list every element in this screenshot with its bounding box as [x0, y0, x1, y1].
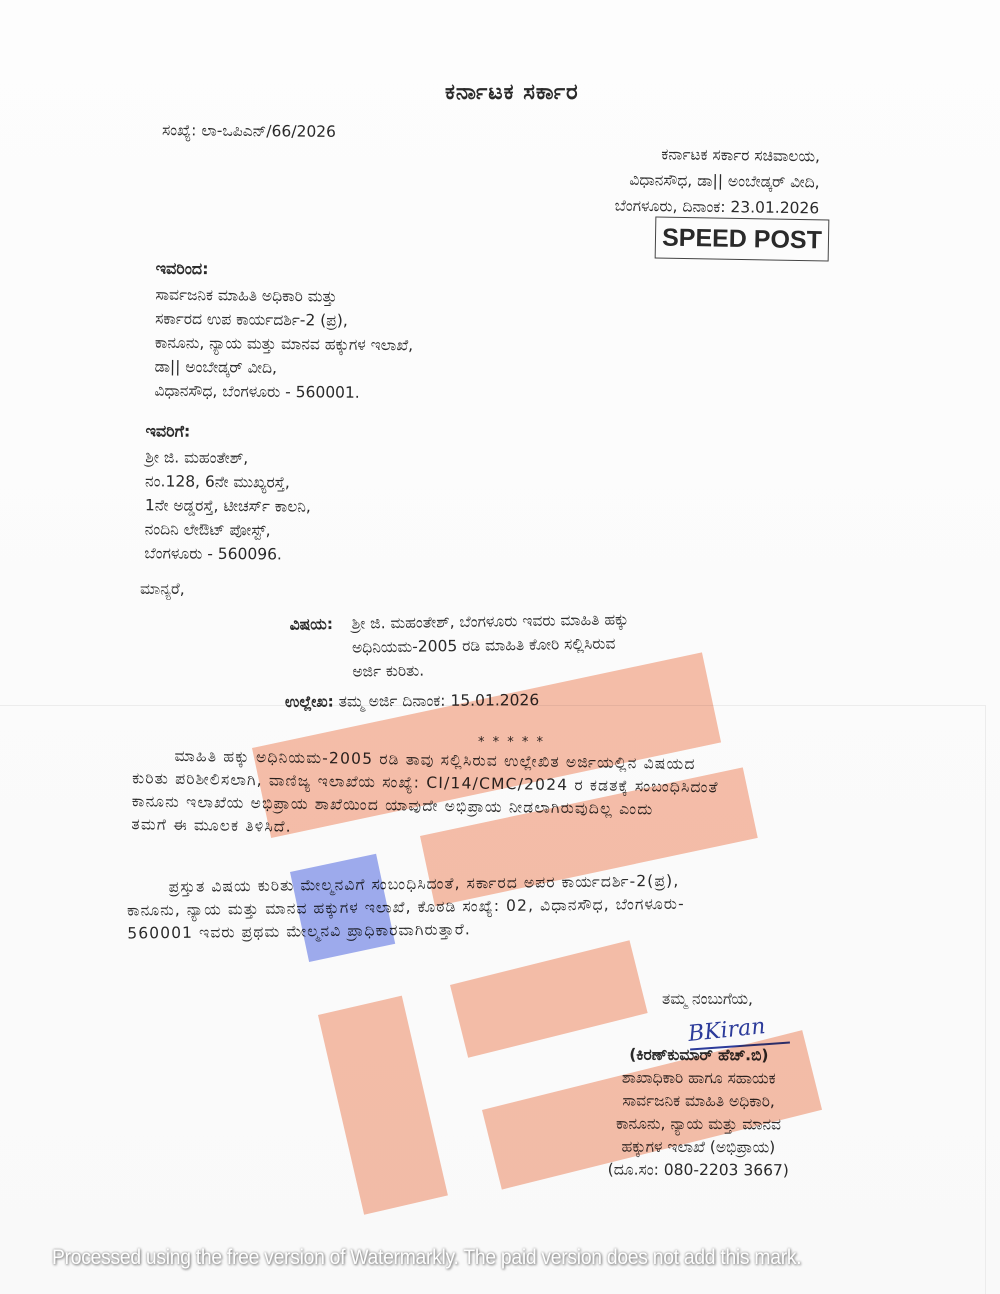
recipient-label: ಇವರಿಗೆ:: [145, 419, 311, 444]
reference-label: ಉಲ್ಲೇಖ:: [285, 693, 334, 711]
recipient-line: ಬೆಂಗಳೂರು - 560096.: [144, 541, 310, 566]
sender-line: ಕಾನೂನು, ನ್ಯಾಯ ಮತ್ತು ಮಾನವ ಹಕ್ಕುಗಳ ಇಲಾಖೆ,: [155, 331, 413, 358]
recipient-line: 1ನೇ ಅಡ್ಡರಸ್ತೆ, ಟೀಚರ್ಸ್ ಕಾಲನಿ,: [145, 493, 311, 518]
government-header: ಕರ್ನಾಟಕ ಸರ್ಕಾರ: [445, 82, 579, 104]
subject-block: ವಿಷಯ:ಶ್ರೀ ಜಿ. ಮಹಂತೇಶ್, ಬೆಂಗಳೂರು ಇವರು ಮಾಹ…: [289, 607, 629, 684]
paper-edge-line: [985, 705, 986, 1294]
sender-label: ಇವರಿಂದ:: [156, 257, 414, 284]
overlay-vertical-bar: [318, 996, 448, 1215]
recipient-line: ನಂ.128, 6ನೇ ಮುಖ್ಯರಸ್ತೆ,: [145, 469, 311, 494]
sender-block: ಇವರಿಂದ: ಸಾರ್ವಜನಿಕ ಮಾಹಿತಿ ಅಧಿಕಾರಿ ಮತ್ತು ಸ…: [154, 257, 414, 406]
overlay-bar-lower: [450, 940, 648, 1058]
letter-page: ಕರ್ನಾಟಕ ಸರ್ಕಾರ ಸಂಖ್ಯೆ: ಲಾ-ಒಪಿಎನ್/66/2026…: [0, 0, 1000, 1294]
signatory-line: (ದೂ.ಸಂ: 080-2203 3667): [608, 1159, 789, 1183]
closing-phrase: ತಮ್ಮ ನಂಬುಗೆಯ,: [662, 988, 753, 1010]
subject-line: ಶ್ರೀ ಜಿ. ಮಹಂತೇಶ್, ಬೆಂಗಳೂರು ಇವರು ಮಾಹಿತಿ ಹ…: [351, 610, 628, 632]
overlay-blue-square: [290, 854, 395, 962]
recipient-line: ಶ್ರೀ ಜಿ. ಮಹಂತೇಶ್,: [145, 445, 311, 470]
sender-line: ಸರ್ಕಾರದ ಉಪ ಕಾರ್ಯದರ್ಶಿ-2 (ಪ್ರ),: [155, 307, 413, 334]
recipient-block: ಇವರಿಗೆ: ಶ್ರೀ ಜಿ. ಮಹಂತೇಶ್, ನಂ.128, 6ನೇ ಮು…: [144, 419, 311, 566]
subject-label: ವಿಷಯ:: [289, 612, 351, 637]
office-address-line: ಕರ್ನಾಟಕ ಸರ್ಕಾರ ಸಚಿವಾಲಯ,: [615, 141, 820, 170]
reference-number: ಸಂಖ್ಯೆ: ಲಾ-ಒಪಿಎನ್/66/2026: [162, 119, 336, 143]
salutation: ಮಾನ್ಯರೆ,: [140, 578, 185, 600]
office-address-line: ವಿಧಾನಸೌಧ, ಡಾ|| ಅಂಬೇಡ್ಕರ್ ವೀದಿ,: [615, 167, 820, 196]
sender-line: ವಿಧಾನಸೌಧ, ಬೆಂಗಳೂರು - 560001.: [154, 379, 412, 406]
sender-line: ಡಾ|| ಅಂಬೇಡ್ಕರ್ ವೀದಿ,: [154, 355, 412, 382]
recipient-line: ನಂದಿನಿ ಲೇಔಟ್ ಪೋಸ್ಟ್,: [145, 517, 311, 542]
office-address: ಕರ್ನಾಟಕ ಸರ್ಕಾರ ಸಚಿವಾಲಯ, ವಿಧಾನಸೌಧ, ಡಾ|| ಅ…: [614, 141, 820, 222]
sender-line: ಸಾರ್ವಜನಿಕ ಮಾಹಿತಿ ಅಧಿಕಾರಿ ಮತ್ತು: [155, 283, 413, 310]
speed-post-stamp: SPEED POST: [655, 216, 830, 261]
watermark-text: Processed using the free version of Wate…: [52, 1246, 801, 1270]
